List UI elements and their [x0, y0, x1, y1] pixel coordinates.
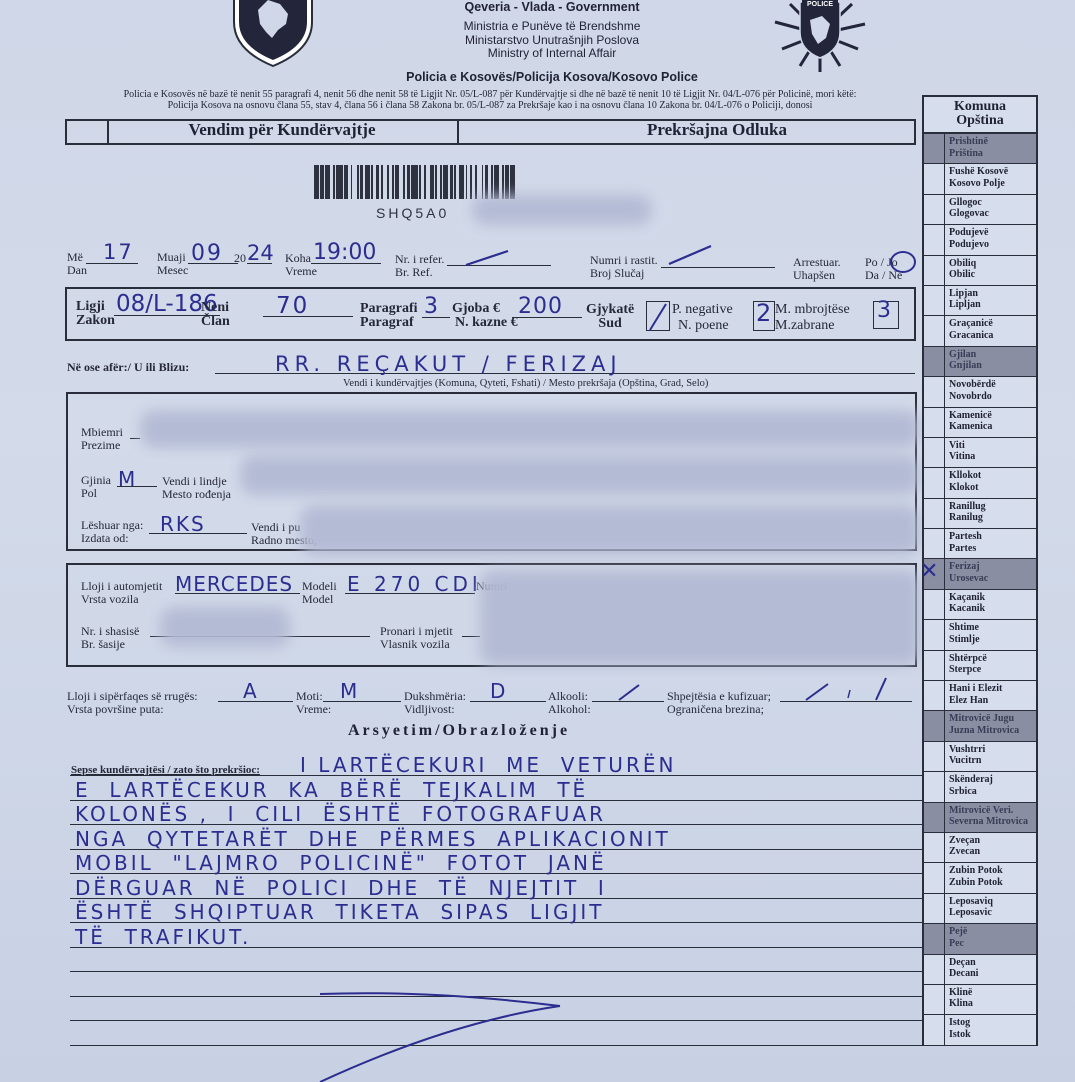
title-sr: Prekršajna Odluka — [567, 120, 867, 140]
municipality-name: ObiliqObilic — [945, 256, 1036, 285]
municipality-row[interactable]: ZveçanZvecan — [924, 833, 1036, 863]
municipality-name: GjilanGnjilan — [945, 347, 1036, 376]
legal-basis: Policia e Kosovës në bazë të nenit 55 pa… — [60, 89, 920, 111]
municipality-checkbox[interactable] — [924, 195, 945, 224]
weather-value[interactable]: M — [340, 679, 359, 703]
municipality-row[interactable]: Fushë KosovëKosovo Polje — [924, 164, 1036, 194]
legal-basis-sq: Policia e Kosovës në bazë të nenit 55 pa… — [60, 89, 920, 100]
municipality-row[interactable]: Mitrovicë Veri.Severna Mitrovica — [924, 803, 1036, 833]
speed-slashes — [800, 676, 900, 702]
municipality-row[interactable]: DeçanDecani — [924, 955, 1036, 985]
reasoning-line: NGA QYTETARËT DHE PËRMES APLIKACIONIT — [75, 827, 671, 851]
municipality-row[interactable]: ObiliqObilic — [924, 256, 1036, 286]
municipality-checkbox[interactable] — [924, 377, 945, 406]
municipality-checkbox[interactable] — [924, 499, 945, 528]
municipality-checkbox[interactable] — [924, 164, 945, 193]
municipality-checkbox[interactable] — [924, 985, 945, 1014]
municipality-checkbox[interactable] — [924, 863, 945, 892]
municipality-name: PrishtinëPriština — [945, 134, 1036, 163]
ministry-sq: Ministria e Punëve të Brendshme — [352, 20, 752, 34]
reasoning-line: KOLONËS , I CILI ËSHTË FOTOGRAFUAR — [75, 802, 606, 826]
barcode-number: SHQ5A0 — [376, 205, 449, 221]
alcohol-slash — [615, 682, 645, 702]
municipality-title: Komuna Opština — [924, 97, 1036, 134]
police-heading: Policia e Kosovës/Policija Kosova/Kosovo… — [352, 70, 752, 84]
visibility-value[interactable]: D — [490, 679, 507, 703]
redacted-surname — [140, 410, 920, 448]
reasoning-line: E LARTËCEKUR KA BËRË TEJKALIM TË — [75, 778, 588, 802]
municipality-checkbox[interactable] — [924, 347, 945, 376]
vehicle-model-value[interactable]: E 270 CDI — [347, 572, 482, 596]
title-box: Vendim për Kundërvajtje Prekršajna Odluk… — [65, 119, 916, 145]
kosovo-coat-of-arms-icon — [228, 0, 318, 68]
municipality-checkbox[interactable] — [924, 924, 945, 953]
municipality-checkbox[interactable] — [924, 1015, 945, 1044]
reasoning-line: I LARTËCEKURI ME VETURËN — [300, 753, 676, 777]
municipality-name: ZveçanZvecan — [945, 833, 1036, 862]
surface-value[interactable]: A — [243, 679, 259, 703]
municipality-checkbox[interactable] — [924, 651, 945, 680]
municipality-checkbox[interactable] — [924, 225, 945, 254]
municipality-row[interactable]: VushtrriVucitrn — [924, 742, 1036, 772]
gender-value[interactable]: M — [118, 467, 137, 491]
municipality-row[interactable]: KaçanikKacanik — [924, 590, 1036, 620]
municipality-row[interactable]: PodujevëPodujevo — [924, 225, 1036, 255]
municipality-name: Hani i ElezitElez Han — [945, 681, 1036, 710]
municipality-name: KamenicëKamenica — [945, 408, 1036, 437]
legal-basis-sr: Policija Kosova na osnovu člana 55, stav… — [60, 100, 920, 111]
municipality-row[interactable]: KlinëKlina — [924, 985, 1036, 1015]
municipality-row[interactable]: GllogocGlogovac — [924, 195, 1036, 225]
reasoning-line: DËRGUAR NË POLICI DHE TË NJEJTIT I — [75, 876, 607, 900]
void-signature-stroke — [310, 988, 610, 1082]
redacted-chassis — [160, 607, 290, 647]
municipality-name: LipjanLipljan — [945, 286, 1036, 315]
municipality-name: ShtërpcëSterpce — [945, 651, 1036, 680]
municipality-name: KaçanikKacanik — [945, 590, 1036, 619]
municipality-name: KlinëKlina — [945, 985, 1036, 1014]
municipality-list: Komuna Opština PrishtinëPrištinaFushë Ko… — [922, 95, 1038, 1046]
municipality-name: RanillugRanilug — [945, 499, 1036, 528]
svg-text:POLICE: POLICE — [807, 1, 833, 8]
municipality-checkbox[interactable] — [924, 620, 945, 649]
article-value[interactable]: 70 — [276, 293, 309, 319]
municipality-name: ShtimeStimlje — [945, 620, 1036, 649]
government-heading: Qeveria - Vlada - Government — [352, 0, 752, 14]
municipality-name: Mitrovicë JuguJuzna Mitrovica — [945, 711, 1036, 740]
year-value[interactable]: 24 — [247, 241, 274, 265]
municipality-name: KllokotKlokot — [945, 468, 1036, 497]
month-value[interactable]: 09 — [191, 241, 223, 266]
municipality-checkbox[interactable] — [924, 408, 945, 437]
municipality-checkbox[interactable] — [924, 316, 945, 345]
municipality-checkbox[interactable] — [924, 803, 945, 832]
fine-value[interactable]: 200 — [518, 294, 563, 319]
redacted-plate-owner — [480, 570, 920, 665]
municipality-row[interactable]: ShtërpcëSterpce — [924, 651, 1036, 681]
municipality-row[interactable]: ShtimeStimlje — [924, 620, 1036, 650]
municipality-checkbox[interactable] — [924, 894, 945, 923]
municipality-checkbox[interactable] — [924, 134, 945, 163]
ministry-en: Ministry of Internal Affair — [352, 47, 752, 61]
municipality-checkbox[interactable] — [924, 681, 945, 710]
reasoning-line: TË TRAFIKUT. — [75, 925, 251, 949]
municipality-name: LeposaviqLeposavic — [945, 894, 1036, 923]
municipality-name: PejëPec — [945, 924, 1036, 953]
ref-slash — [462, 248, 512, 268]
issued-value[interactable]: RKS — [160, 512, 206, 536]
municipality-name: NovobërdëNovobrdo — [945, 377, 1036, 406]
paragraph-value[interactable]: 3 — [424, 294, 440, 319]
arrest-selected-circle — [890, 251, 916, 273]
vehicle-type-value[interactable]: MERCEDES — [175, 572, 293, 596]
ministry-sr: Ministarstvo Unutrašnjih Poslova — [352, 34, 752, 48]
municipality-row[interactable]: IstogIstok — [924, 1015, 1036, 1045]
municipality-name: PodujevëPodujevo — [945, 225, 1036, 254]
municipality-row[interactable]: GraçanicëGracanica — [924, 316, 1036, 346]
municipality-name: IstogIstok — [945, 1015, 1036, 1044]
redacted-birthplace — [240, 455, 920, 495]
municipality-row[interactable]: KllokotKlokot — [924, 468, 1036, 498]
title-sq: Vendim për Kundërvajtje — [107, 120, 457, 140]
municipality-name: GraçanicëGracanica — [945, 316, 1036, 345]
municipality-name: Zubin PotokZubin Potok — [945, 863, 1036, 892]
reasoning-line: ËSHTË SHQIPTUAR TIKETA SIPAS LIGJIT — [75, 900, 604, 924]
redacted-workplace — [300, 505, 920, 555]
municipality-row[interactable]: LeposaviqLeposavic — [924, 894, 1036, 924]
municipality-name: FerizajUrosevac — [945, 559, 1036, 588]
municipality-name: DeçanDecani — [945, 955, 1036, 984]
municipality-checkbox[interactable] — [924, 468, 945, 497]
municipality-name: VushtrriVucitrn — [945, 742, 1036, 771]
ministry-heading: Ministria e Punëve të Brendshme Ministar… — [352, 20, 752, 61]
municipality-name: SkënderajSrbica — [945, 772, 1036, 801]
municipality-name: Mitrovicë Veri.Severna Mitrovica — [945, 803, 1036, 832]
municipality-row[interactable]: ✕FerizajUrosevac — [924, 559, 1036, 589]
municipality-row[interactable]: LipjanLipljan — [924, 286, 1036, 316]
municipality-row[interactable]: NovobërdëNovobrdo — [924, 377, 1036, 407]
municipality-row[interactable]: VitiVitina — [924, 438, 1036, 468]
municipality-row[interactable]: PejëPec — [924, 924, 1036, 954]
municipality-checkbox[interactable] — [924, 711, 945, 740]
municipality-name: GllogocGlogovac — [945, 195, 1036, 224]
municipality-row[interactable]: Mitrovicë JuguJuzna Mitrovica — [924, 711, 1036, 741]
municipality-row[interactable]: PrishtinëPriština — [924, 134, 1036, 164]
check-x-icon: ✕ — [920, 561, 938, 583]
municipality-row[interactable]: Zubin PotokZubin Potok — [924, 863, 1036, 893]
day-value[interactable]: 17 — [103, 240, 134, 264]
municipality-checkbox[interactable] — [924, 256, 945, 285]
case-slash — [665, 243, 715, 267]
municipality-row[interactable]: GjilanGnjilan — [924, 347, 1036, 377]
reasoning-line: MOBIL "LAJMRO POLICINË" FOTOT JANË — [75, 851, 607, 875]
municipality-row[interactable]: ParteshPartes — [924, 529, 1036, 559]
municipality-name: Fushë KosovëKosovo Polje — [945, 164, 1036, 193]
municipality-checkbox[interactable]: ✕ — [924, 559, 945, 588]
location-value[interactable]: RR. REÇAKUT / FERIZAJ — [275, 352, 622, 376]
municipality-name: VitiVitina — [945, 438, 1036, 467]
barcode — [314, 165, 694, 199]
ticket-paper: POLICE Qeveria - Vlada - Government Mini… — [0, 0, 1075, 1082]
municipality-checkbox[interactable] — [924, 955, 945, 984]
municipality-row[interactable]: Hani i ElezitElez Han — [924, 681, 1036, 711]
municipality-row[interactable]: KamenicëKamenica — [924, 408, 1036, 438]
police-badge-icon: POLICE — [770, 0, 870, 74]
municipality-checkbox[interactable] — [924, 590, 945, 619]
municipality-row[interactable]: SkënderajSrbica — [924, 772, 1036, 802]
municipality-checkbox[interactable] — [924, 286, 945, 315]
municipality-checkbox[interactable] — [924, 833, 945, 862]
municipality-checkbox[interactable] — [924, 772, 945, 801]
municipality-name: ParteshPartes — [945, 529, 1036, 558]
municipality-checkbox[interactable] — [924, 742, 945, 771]
municipality-row[interactable]: RanillugRanilug — [924, 499, 1036, 529]
time-value[interactable]: 19:00 — [313, 240, 376, 265]
redacted-barcode — [472, 195, 652, 225]
municipality-checkbox[interactable] — [924, 438, 945, 467]
reasoning-title: Arsyetim/Obrazloženje — [348, 722, 570, 740]
municipality-checkbox[interactable] — [924, 529, 945, 558]
